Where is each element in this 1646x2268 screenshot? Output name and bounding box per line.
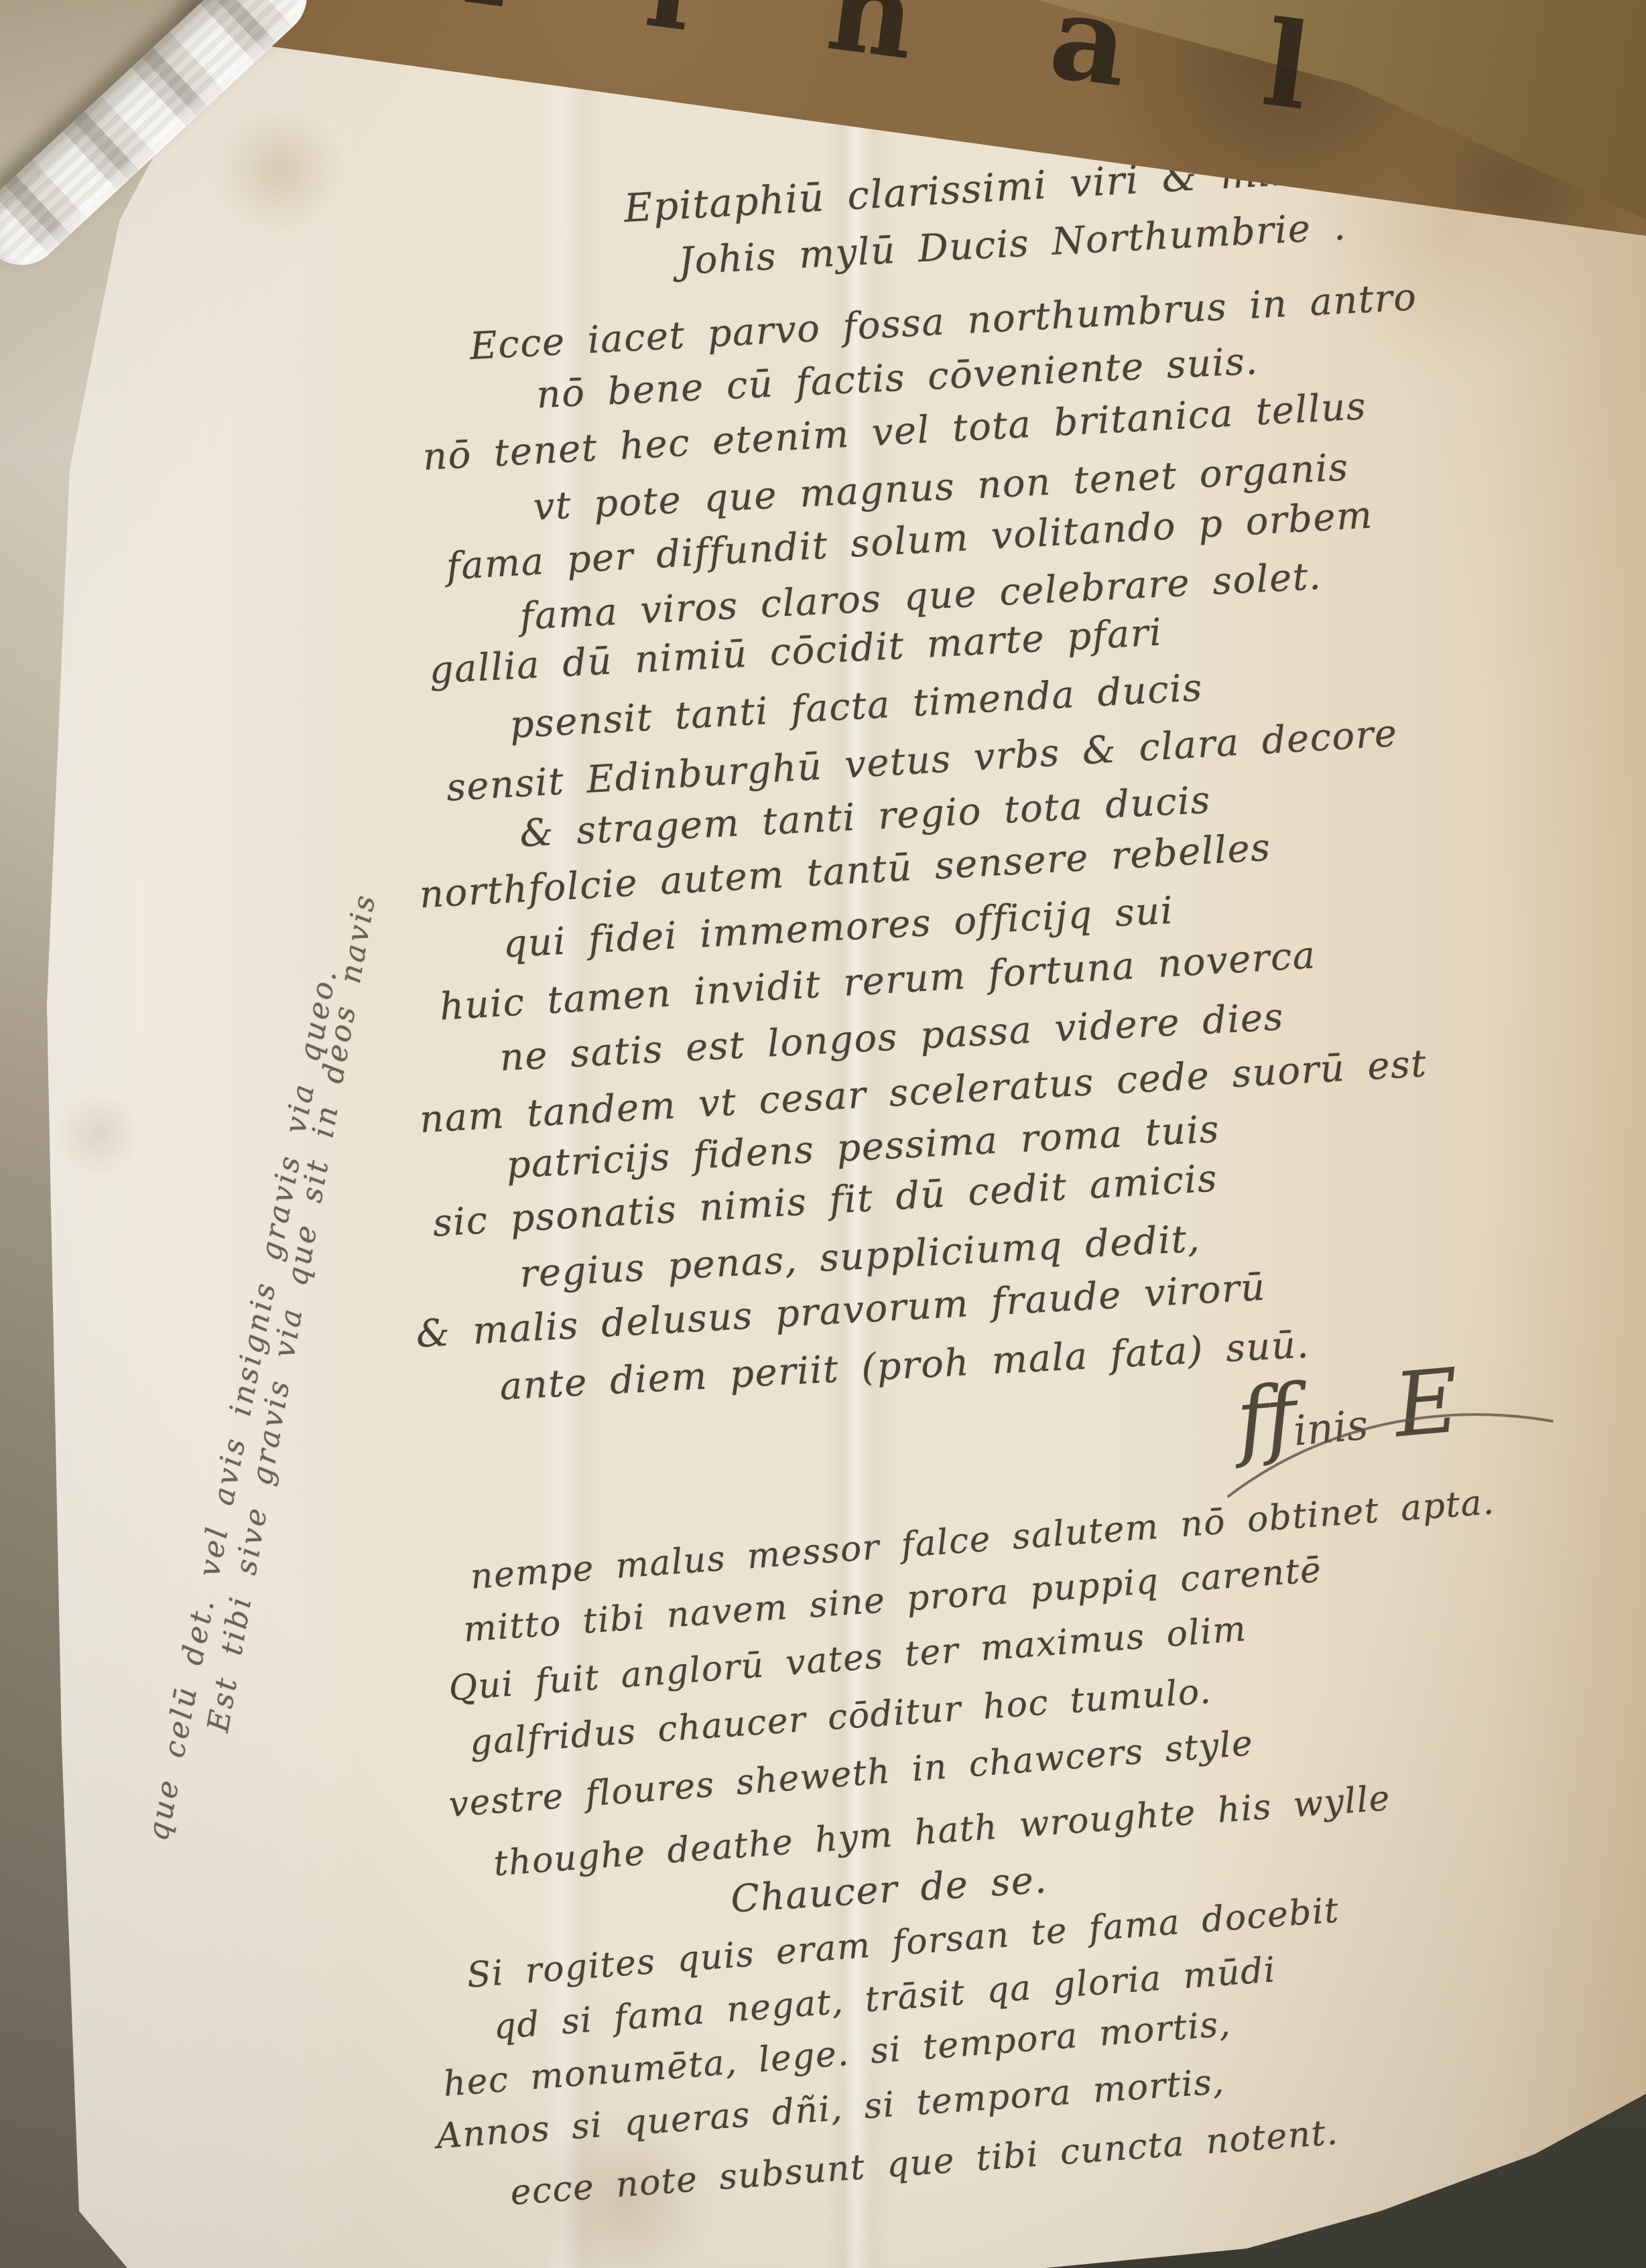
section-heading: Chaucer de se. [729, 1858, 1048, 1922]
marginalia-line: Est tibi sive gravis via que sit in deos… [201, 890, 383, 1735]
manuscript-photo: { "scene": { "description": "Photograph … [0, 0, 1646, 2268]
finis-flourish: ffinisE [1232, 1349, 1464, 1471]
manuscript-page: Epitaphiū clarissimi viri & militiss pīn… [0, 0, 1646, 2268]
marginalia-line: que celū det. vel avis insignis gravis v… [141, 965, 344, 1844]
